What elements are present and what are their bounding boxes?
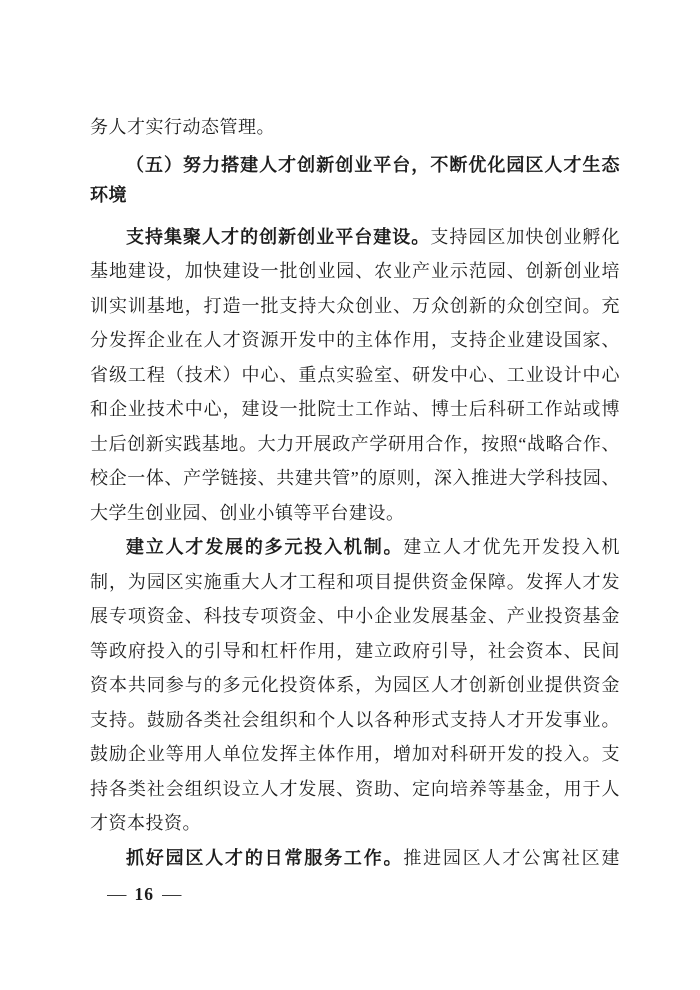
paragraph-line: 鼓励企业等用人单位发挥主体作用，增加对科研开发的投入。支 [90, 737, 620, 772]
paragraph-line: 士后创新实践基地。大力开展政产学研用合作，按照“战略合作、 [90, 427, 620, 462]
document-page: 务人才实行动态管理。 （五）努力搭建人才创新创业平台，不断优化园区人才生态 环境… [0, 0, 700, 990]
topic-sentence: 支持集聚人才的创新创业平台建设。 [126, 227, 430, 247]
line-text: 推进园区人才公寓社区建 [403, 848, 620, 868]
paragraph-line: 务人才实行动态管理。 [90, 110, 620, 145]
page-number-value: 16 [135, 884, 155, 905]
paragraph-line: 校企一体、产学链接、共建共管”的原则，深入推进大学科技园、 [90, 461, 620, 496]
paragraph-line: 支持集聚人才的创新创业平台建设。支持园区加快创业孵化 [90, 220, 620, 255]
paragraph-line: 大学生创业园、创业小镇等平台建设。 [90, 496, 620, 531]
paragraph-line: 持各类社会组织设立人才发展、资助、定向培养等基金，用于人 [90, 772, 620, 807]
document-body: 务人才实行动态管理。 （五）努力搭建人才创新创业平台，不断优化园区人才生态 环境… [90, 110, 620, 875]
page-number-dash-right: — [162, 884, 181, 905]
page-number-dash-left: — [107, 884, 126, 905]
paragraph-line: 分发挥企业在人才资源开发中的主体作用，支持企业建设国家、 [90, 323, 620, 358]
page-number: — 16 — [108, 884, 181, 905]
paragraph-line: 等政府投入的引导和杠杆作用，建立政府引导，社会资本、民间 [90, 634, 620, 669]
topic-sentence: 建立人才发展的多元投入机制。 [126, 537, 403, 557]
paragraph-line: 才资本投资。 [90, 806, 620, 841]
paragraph-line: 展专项资金、科技专项资金、中小企业发展基金、产业投资基金 [90, 599, 620, 634]
paragraph-line: 训实训基地，打造一批支持大众创业、万众创新的众创空间。充 [90, 289, 620, 324]
section-heading-line: （五）努力搭建人才创新创业平台，不断优化园区人才生态 [90, 150, 620, 180]
line-text: 支持园区加快创业孵化 [430, 227, 620, 247]
topic-sentence: 抓好园区人才的日常服务工作。 [126, 848, 403, 868]
paragraph-line: 制，为园区实施重大人才工程和项目提供资金保障。发挥人才发 [90, 565, 620, 600]
paragraph-line: 资本共同参与的多元化投资体系，为园区人才创新创业提供资金 [90, 668, 620, 703]
paragraph-line: 抓好园区人才的日常服务工作。推进园区人才公寓社区建 [90, 841, 620, 876]
line-text: 建立人才优先开发投入机 [403, 537, 620, 557]
paragraph-line: 建立人才发展的多元投入机制。建立人才优先开发投入机 [90, 530, 620, 565]
section-heading-line: 环境 [90, 180, 620, 210]
paragraph-line: 支持。鼓励各类社会组织和个人以各种形式支持人才开发事业。 [90, 703, 620, 738]
paragraph-line: 和企业技术中心，建设一批院士工作站、博士后科研工作站或博 [90, 392, 620, 427]
paragraph-line: 省级工程（技术）中心、重点实验室、研发中心、工业设计中心 [90, 358, 620, 393]
paragraph-line: 基地建设，加快建设一批创业园、农业产业示范园、创新创业培 [90, 254, 620, 289]
